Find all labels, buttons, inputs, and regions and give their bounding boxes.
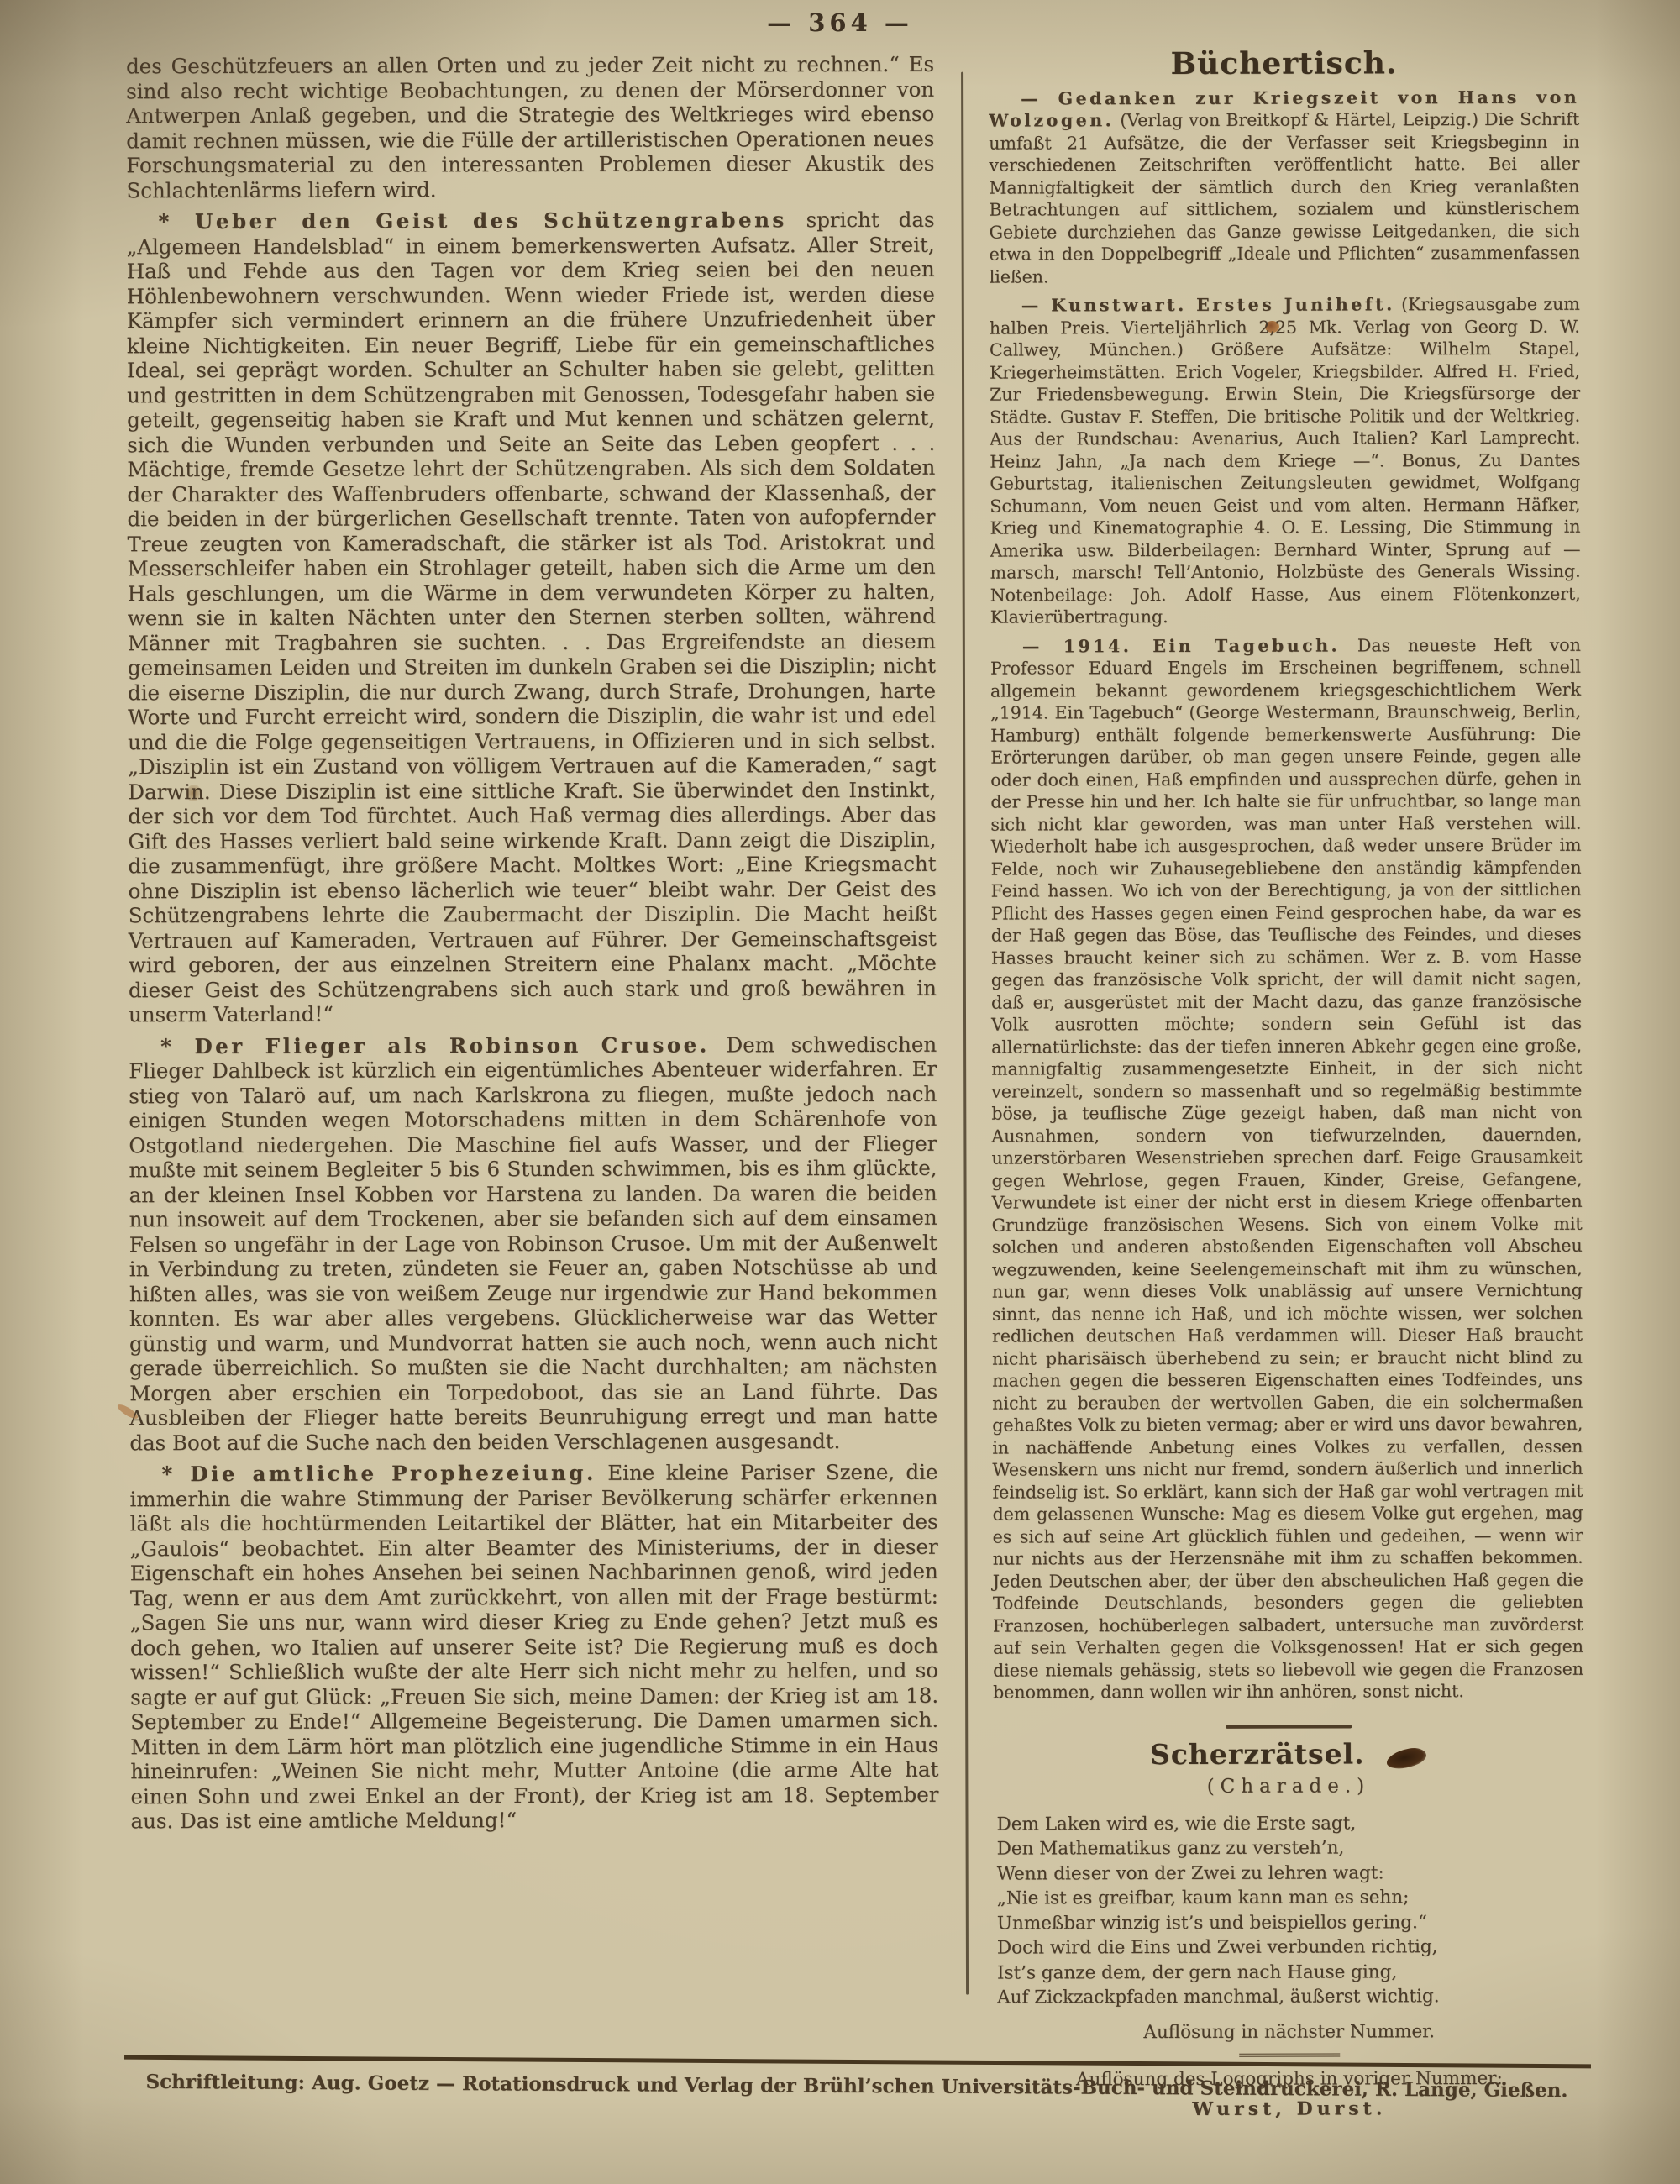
paragraph-schuetzengraben: * Ueber den Geist des Schützengrabens sp… (126, 207, 937, 1027)
paragraph-lead: * Ueber den Geist des Schützengrabens (158, 207, 786, 234)
page-content: des Geschützfeuers an allen Orten und zu… (126, 50, 1584, 2124)
poem-line: Ist’s ganze dem, der gern nach Hause gin… (997, 1959, 1584, 1985)
review-lead: — 1914. Ein Tagebuch. (1022, 635, 1340, 656)
review-text: Das neueste Heft von Professor Eduard En… (990, 634, 1583, 1702)
poem-line: „Nie ist es greifbar, kaum kann man es s… (997, 1885, 1584, 1911)
riddle-poem: Dem Laken wird es, wie die Erste sagt, D… (996, 1810, 1584, 2010)
paragraph-text: Dem schwedischen Flieger Dahlbeck ist kü… (129, 1032, 937, 1455)
review-text: (Kriegsausgabe zum halben Preis. Viertel… (990, 294, 1581, 627)
review-wolzogen: — Gedanken zur Kriegszeit von Hans von W… (989, 86, 1580, 287)
poem-line: Unmeßbar winzig ist’s und beispiellos ge… (997, 1909, 1584, 1935)
scanned-newspaper-page: — 364 — des Geschützfeuers an allen Orte… (0, 0, 1680, 2184)
paragraph-continuation: des Geschützfeuers an allen Orten und zu… (126, 52, 934, 203)
paragraph-text: des Geschützfeuers an allen Orten und zu… (126, 52, 934, 202)
page-number: — 364 — (0, 8, 1680, 37)
section-title-buechertisch: Büchertisch. (989, 52, 1579, 76)
paragraph-lead: * Die amtliche Prophezeiung. (161, 1461, 596, 1486)
poem-line: Den Mathematikus ganz zu versteh’n, (997, 1835, 1584, 1861)
right-column: Büchertisch. — Gedanken zur Kriegszeit v… (989, 50, 1584, 2121)
left-column: des Geschützfeuers an allen Orten und zu… (126, 52, 939, 1834)
review-kunstwart: — Kunstwart. Erstes Juniheft. (Kriegsaus… (990, 293, 1581, 628)
ink-blot (1385, 1746, 1428, 1771)
review-tagebuch-1914: — 1914. Ein Tagebuch. Das neueste Heft v… (990, 633, 1583, 1704)
paragraph-text: Eine kleine Pariser Szene, die immerhin … (129, 1460, 938, 1834)
column-divider (961, 72, 969, 1995)
review-lead: — Kunstwart. Erstes Juniheft. (1021, 294, 1395, 315)
paragraph-flieger: * Der Flieger als Robinson Crusoe. Dem s… (129, 1032, 937, 1455)
review-text: (Verlag von Breitkopf & Härtel, Leipzig.… (989, 109, 1579, 286)
dashed-divider (1239, 2053, 1340, 2056)
riddle-subtitle: (Charade.) (993, 1775, 1583, 1798)
poem-line: Wenn dieser von der Zwei zu lehren wagt: (997, 1860, 1584, 1886)
paragraph-lead: * Der Flieger als Robinson Crusoe. (160, 1032, 710, 1058)
riddle-note: Auflösung in nächster Nummer. (994, 2020, 1584, 2044)
paragraph-prophezeiung: * Die amtliche Prophezeiung. Eine kleine… (129, 1460, 938, 1834)
poem-line: Doch wird die Eins und Zwei verbunden ri… (997, 1935, 1584, 1961)
section-divider-rule (1226, 1725, 1352, 1728)
riddle-title: Scherzrätsel. (1150, 1743, 1365, 1766)
poem-line: Dem Laken wird es, wie die Erste sagt, (996, 1810, 1583, 1836)
paragraph-text: spricht das „Algemeen Handelsblad“ in ei… (127, 207, 937, 1027)
riddle-title-row: Scherzrätsel. (993, 1742, 1583, 1769)
poem-line: Auf Zickzackpfaden manchmal, äußerst wic… (997, 1984, 1584, 2010)
